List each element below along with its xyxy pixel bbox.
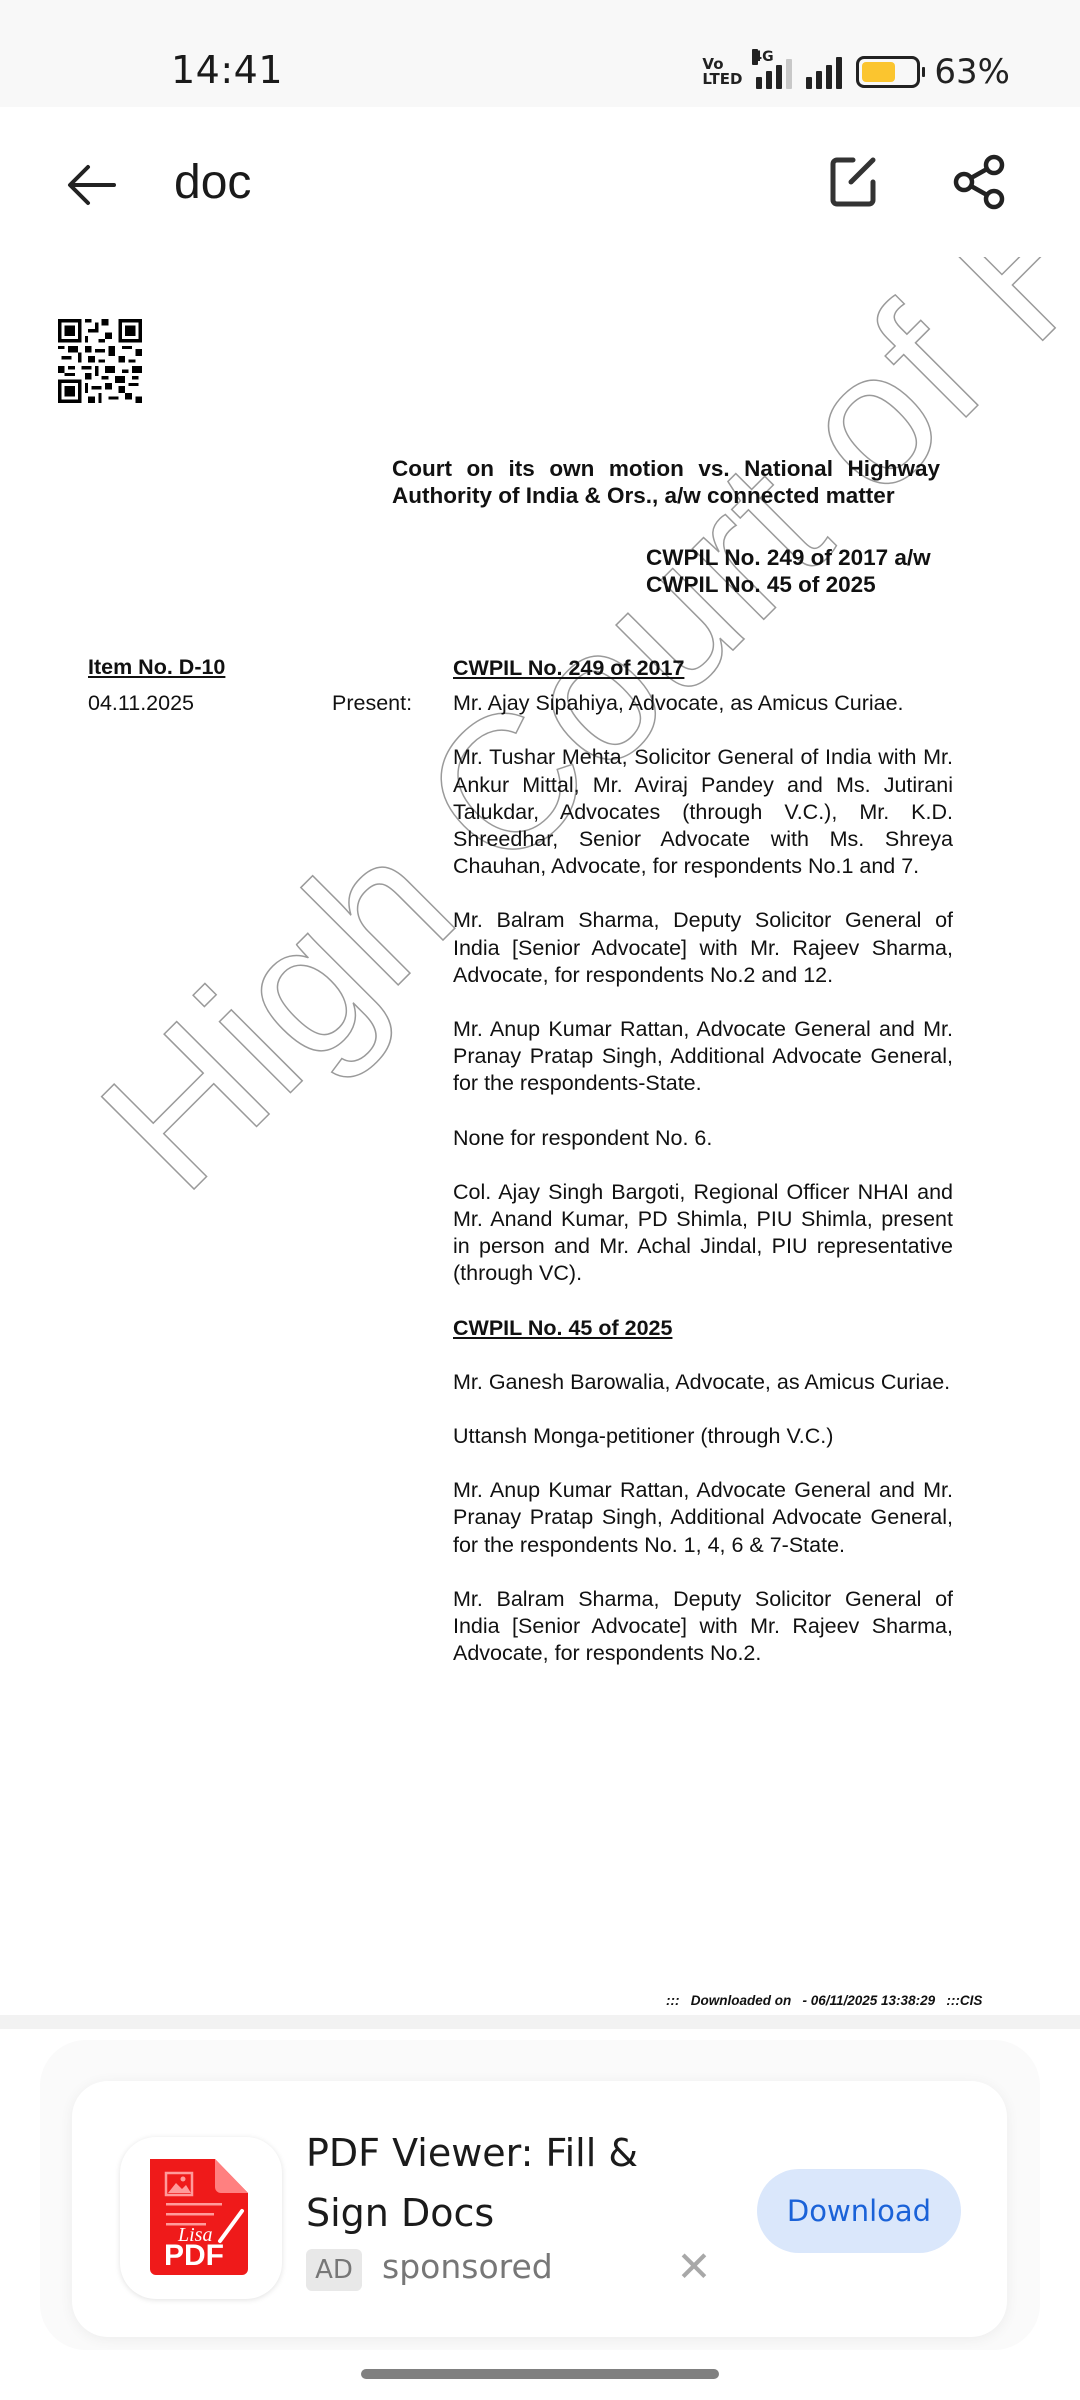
- edit-icon: [825, 152, 885, 212]
- case-number: CWPIL No. 45 of 2025: [646, 571, 931, 598]
- appearance-paragraph: Col. Ajay Singh Bargoti, Regional Office…: [453, 1179, 953, 1288]
- status-icons: Vo LTED 4G 63%: [702, 52, 1010, 92]
- share-icon: [950, 152, 1010, 212]
- document-title: doc: [174, 155, 251, 210]
- present-label: Present:: [332, 691, 412, 716]
- volte-icon: Vo LTED: [702, 57, 742, 87]
- ad-icon-label: PDF: [164, 2239, 224, 2272]
- section-heading: CWPIL No. 45 of 2025: [453, 1315, 953, 1342]
- volte-bottom: LTED: [702, 72, 742, 87]
- network-type-label: 4G: [752, 49, 758, 65]
- signal-4g-icon: 4G: [756, 55, 792, 89]
- ad-badge: AD: [306, 2249, 362, 2291]
- appearance-paragraph: Mr. Ajay Sipahiya, Advocate, as Amicus C…: [453, 690, 953, 717]
- arrow-left-icon: [62, 155, 122, 215]
- case-numbers: CWPIL No. 249 of 2017 a/w CWPIL No. 45 o…: [646, 544, 931, 598]
- appearance-paragraph: Mr. Anup Kumar Rattan, Advocate General …: [453, 1016, 953, 1098]
- case-number: CWPIL No. 249 of 2017 a/w: [646, 544, 931, 571]
- qr-code: [58, 319, 142, 403]
- page-separator: [0, 2015, 1080, 2029]
- section-1-paragraphs: Mr. Ajay Sipahiya, Advocate, as Amicus C…: [453, 690, 953, 1287]
- share-button[interactable]: [950, 152, 1010, 212]
- app-bar: doc: [0, 107, 1080, 257]
- edit-button[interactable]: [825, 152, 885, 212]
- pdf-app-icon: Lisa PDF: [120, 2137, 282, 2299]
- appearances: CWPIL No. 249 of 2017 Mr. Ajay Sipahiya,…: [453, 655, 953, 1694]
- gesture-handle[interactable]: [361, 2369, 719, 2379]
- ad-app-name[interactable]: PDF Viewer: Fill & Sign Docs: [306, 2123, 686, 2243]
- back-button[interactable]: [62, 155, 122, 215]
- ad-app-icon[interactable]: Lisa PDF: [120, 2137, 282, 2299]
- item-number: Item No. D-10: [88, 655, 225, 680]
- appearance-paragraph: Mr. Tushar Mehta, Solicitor General of I…: [453, 744, 953, 880]
- download-button[interactable]: Download: [757, 2169, 961, 2253]
- battery-icon: [856, 56, 920, 88]
- section-2-paragraphs: Mr. Ganesh Barowalia, Advocate, as Amicu…: [453, 1369, 953, 1668]
- appearance-paragraph: Uttansh Monga-petitioner (through V.C.): [453, 1423, 953, 1450]
- battery-percent: 63%: [934, 52, 1010, 92]
- close-ad-button[interactable]: ✕: [672, 2245, 716, 2289]
- ad-banner[interactable]: Lisa PDF PDF Viewer: Fill & Sign Docs AD…: [72, 2081, 1007, 2337]
- section-heading: CWPIL No. 249 of 2017: [453, 655, 953, 682]
- download-footer: ::: Downloaded on - 06/11/2025 13:38:29 …: [666, 1993, 982, 2008]
- sponsored-label: sponsored: [382, 2247, 553, 2286]
- status-bar: 14:41 Vo LTED 4G 63%: [0, 0, 1080, 107]
- appearance-paragraph: None for respondent No. 6.: [453, 1125, 953, 1152]
- appearance-paragraph: Mr. Ganesh Barowalia, Advocate, as Amicu…: [453, 1369, 953, 1396]
- appearance-paragraph: Mr. Balram Sharma, Deputy Solicitor Gene…: [453, 1586, 953, 1668]
- case-title: Court on its own motion vs. National Hig…: [392, 455, 940, 509]
- signal-icon: [806, 55, 842, 89]
- appearance-paragraph: Mr. Anup Kumar Rattan, Advocate General …: [453, 1477, 953, 1559]
- appearance-paragraph: Mr. Balram Sharma, Deputy Solicitor Gene…: [453, 907, 953, 989]
- status-time: 14:41: [171, 48, 283, 92]
- hearing-date: 04.11.2025: [88, 691, 194, 716]
- document-page[interactable]: High Court of H.P. Court on its own moti…: [0, 257, 1080, 2017]
- close-icon: ✕: [676, 2242, 711, 2291]
- battery-level: [862, 62, 895, 82]
